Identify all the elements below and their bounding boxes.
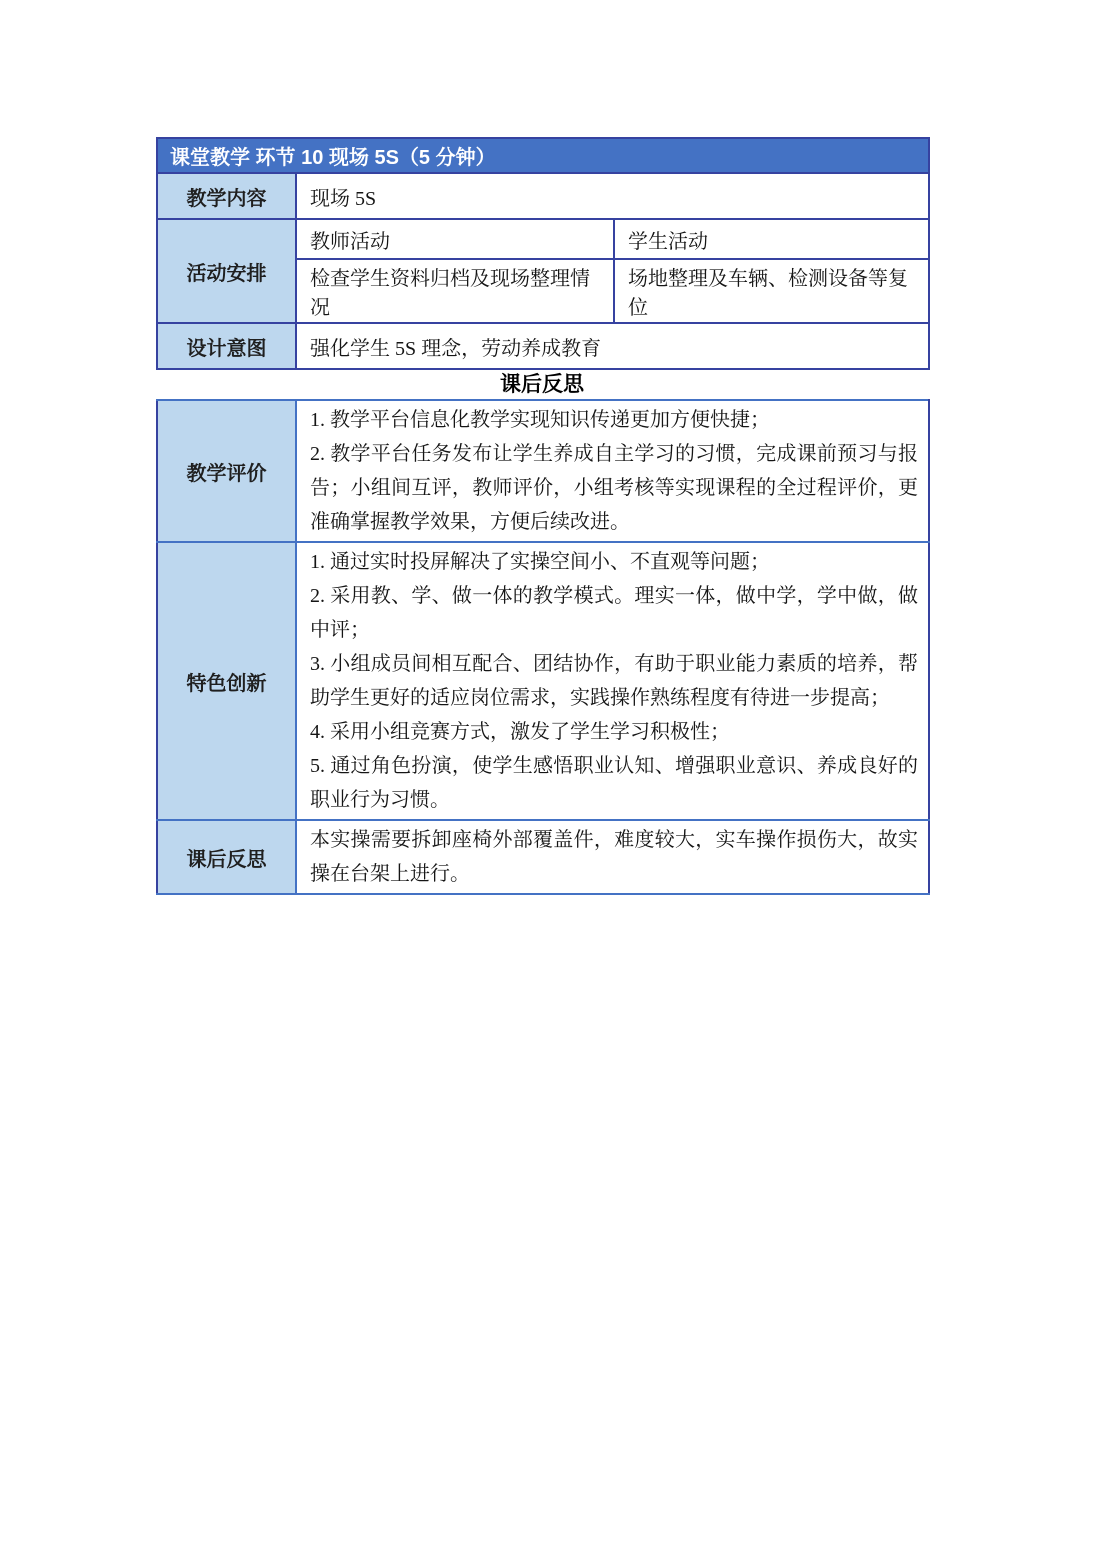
after-class-reflection-content: 本实操需要拆卸座椅外部覆盖件，难度较大，实车操作损伤大，故实操在台架上进行。: [296, 820, 929, 894]
table-row: 课后反思 本实操需要拆卸座椅外部覆盖件，难度较大，实车操作损伤大，故实操在台架上…: [157, 820, 929, 894]
design-intent-label: 设计意图: [157, 323, 296, 369]
activity-arrangement-label: 活动安排: [157, 219, 296, 323]
paragraph: 1. 教学平台信息化教学实现知识传递更加方便快捷；: [310, 403, 918, 437]
paragraph: 本实操需要拆卸座椅外部覆盖件，难度较大，实车操作损伤大，故实操在台架上进行。: [310, 823, 918, 891]
paragraph: 2. 教学平台任务发布让学生养成自主学习的习惯，完成课前预习与报告；小组间互评，…: [310, 437, 918, 539]
feature-innovation-content: 1. 通过实时投屏解决了实操空间小、不直观等问题；2. 采用教、学、做一体的教学…: [296, 542, 929, 820]
teaching-content-value: 现场 5S: [296, 173, 929, 219]
teaching-evaluation-content: 1. 教学平台信息化教学实现知识传递更加方便快捷；2. 教学平台任务发布让学生养…: [296, 400, 929, 542]
student-activity-header: 学生活动: [614, 219, 929, 259]
lesson-table-header: 课堂教学 环节 10 现场 5S（5 分钟）: [157, 138, 929, 173]
table-row: 设计意图 强化学生 5S 理念，劳动养成教育: [157, 323, 929, 369]
paragraph: 2. 采用教、学、做一体的教学模式。理实一体，做中学，学中做，做中评；: [310, 579, 918, 647]
teaching-evaluation-label: 教学评价: [157, 400, 296, 542]
table-row: 活动安排 教师活动 学生活动: [157, 219, 929, 259]
paragraph: 5. 通过角色扮演，使学生感悟职业认知、增强职业意识、养成良好的职业行为习惯。: [310, 749, 918, 817]
design-intent-value: 强化学生 5S 理念，劳动养成教育: [296, 323, 929, 369]
reflection-table: 教学评价 1. 教学平台信息化教学实现知识传递更加方便快捷；2. 教学平台任务发…: [156, 399, 930, 895]
table-row: 教学内容 现场 5S: [157, 173, 929, 219]
table-row: 特色创新 1. 通过实时投屏解决了实操空间小、不直观等问题；2. 采用教、学、做…: [157, 542, 929, 820]
teacher-activity-header: 教师活动: [296, 219, 614, 259]
teaching-content-label: 教学内容: [157, 173, 296, 219]
after-class-reflection-label: 课后反思: [157, 820, 296, 894]
lesson-plan-document: 课堂教学 环节 10 现场 5S（5 分钟） 教学内容 现场 5S 活动安排 教…: [156, 137, 928, 895]
lesson-table: 课堂教学 环节 10 现场 5S（5 分钟） 教学内容 现场 5S 活动安排 教…: [156, 137, 930, 370]
paragraph: 3. 小组成员间相互配合、团结协作，有助于职业能力素质的培养，帮助学生更好的适应…: [310, 647, 918, 715]
table-row: 课堂教学 环节 10 现场 5S（5 分钟）: [157, 138, 929, 173]
feature-innovation-label: 特色创新: [157, 542, 296, 820]
teacher-activity-value: 检查学生资料归档及现场整理情况: [296, 259, 614, 323]
document-page: { "colors": { "header_bg": "#4472C4", "l…: [0, 0, 1102, 1559]
section-title: 课后反思: [156, 370, 928, 399]
student-activity-value: 场地整理及车辆、检测设备等复位: [614, 259, 929, 323]
paragraph: 4. 采用小组竞赛方式，激发了学生学习积极性；: [310, 715, 918, 749]
table-row: 教学评价 1. 教学平台信息化教学实现知识传递更加方便快捷；2. 教学平台任务发…: [157, 400, 929, 542]
paragraph: 1. 通过实时投屏解决了实操空间小、不直观等问题；: [310, 545, 918, 579]
